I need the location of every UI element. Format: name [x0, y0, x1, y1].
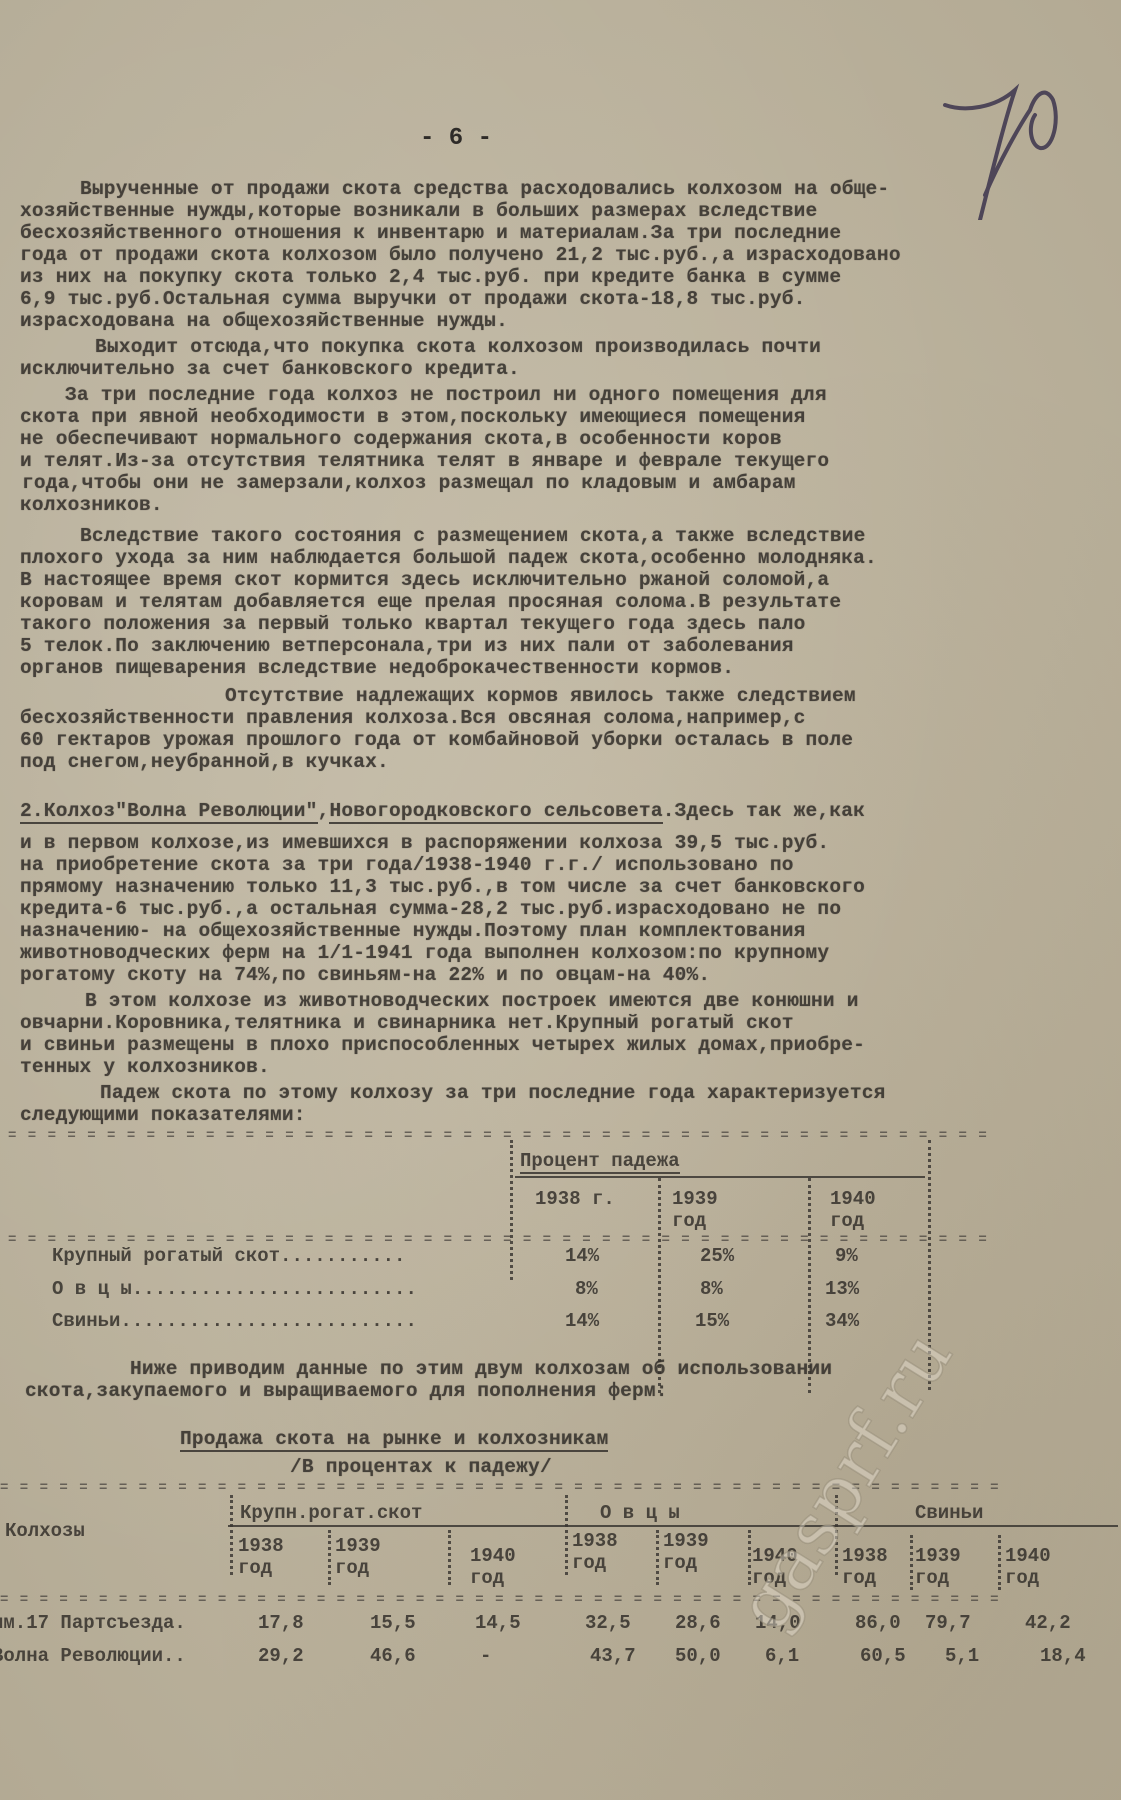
text-line: 6,9 тыс.руб.Остальная сумма выручки от п… [20, 288, 806, 310]
text-line: Вырученные от продажи скота средства рас… [80, 178, 889, 200]
year-header: 1939 год [663, 1530, 709, 1574]
row-label: Волна Революции.. [0, 1645, 186, 1667]
cell-value: 14% [565, 1310, 599, 1332]
cell-value: 14% [565, 1245, 599, 1267]
text-line: хозяйственные нужды,которые возникали в … [20, 200, 817, 222]
heading-selsovet: Новогородковского сельсовета [329, 800, 662, 824]
text-line: скота при явной необходимости в этом,пос… [20, 406, 806, 428]
text-line: В настоящее время скот кормится здесь ис… [20, 569, 829, 591]
heading-kolkhoz-name: 2.Колхоз"Волна Революции" [20, 800, 318, 824]
cell-value: 79,7 [925, 1612, 971, 1634]
text-line: не обеспечивают нормального содержания с… [20, 428, 782, 450]
handwritten-folio-number [935, 80, 1065, 220]
table-border-top: = = = = = = = = = = = = = = = = = = = = … [8, 1128, 988, 1144]
text-line: рогатому скоту на 74%,по свиньям-на 22% … [20, 964, 710, 986]
year-header: 1938 год [572, 1530, 618, 1574]
text-line: из них на покупку скота только 2,4 тыс.р… [20, 266, 841, 288]
cell-value: 32,5 [585, 1612, 631, 1634]
column-separator [510, 1140, 513, 1280]
text-line: года от продажи скота колхозом было полу… [20, 244, 901, 266]
text-line: исключительно за счет банковского кредит… [20, 358, 520, 380]
cell-value: 8% [700, 1278, 723, 1300]
text-line: бесхозяйственного отношения к инвентарю … [20, 222, 841, 244]
header-rule [228, 1525, 1118, 1527]
cell-value: - [480, 1645, 491, 1667]
text-line: органов пищеварения вследствие недоброка… [20, 657, 734, 679]
header-rule [515, 1176, 925, 1178]
cell-value: 15,5 [370, 1612, 416, 1634]
cell-value: 18,4 [1040, 1645, 1086, 1667]
heading-rest: .Здесь так же,как [663, 800, 865, 822]
archival-document-page: - 6 - Вырученные от продажи скота средст… [0, 0, 1121, 1800]
column-separator [998, 1535, 1001, 1590]
column-header: 1940 год [830, 1188, 876, 1232]
sales-table-title: Продажа скота на рынке и колхозникам [180, 1428, 608, 1450]
cell-value: 28,6 [675, 1612, 721, 1634]
cell-value: 34% [825, 1310, 859, 1332]
heading-comma: , [318, 800, 330, 822]
cell-value: 17,8 [258, 1612, 304, 1634]
cell-value: 29,2 [258, 1645, 304, 1667]
text-line: В этом колхозе из животноводческих постр… [85, 990, 859, 1012]
mortality-group-header: Процент падежа [520, 1150, 680, 1172]
text-line: Вследствие такого состояния с размещение… [80, 525, 866, 547]
table-border-mid: = = = = = = = = = = = = = = = = = = = = … [0, 1592, 1000, 1608]
year-header: 1940 год [1005, 1545, 1051, 1589]
row-label: им.17 Партсъезда. [0, 1612, 186, 1634]
cell-value: 43,7 [590, 1645, 636, 1667]
text-line: 5 телок.По заключению ветперсонала,три и… [20, 635, 794, 657]
cell-value: 14,5 [475, 1612, 521, 1634]
text-line: и свиньи размещены в плохо приспособленн… [20, 1034, 865, 1056]
cell-value: 13% [825, 1278, 859, 1300]
cell-value: 42,2 [1025, 1612, 1071, 1634]
cell-value: 9% [835, 1245, 858, 1267]
text-line: прямому назначению только 11,3 тыс.руб.,… [20, 876, 865, 898]
text-line: под снегом,неубранной,в кучках. [20, 751, 389, 773]
text-line: Отсутствие надлежащих кормов явилось так… [225, 685, 856, 707]
text-line: такого положения за первый только кварта… [20, 613, 806, 635]
column-separator [230, 1495, 233, 1575]
cell-value: 60,5 [860, 1645, 906, 1667]
year-header: 1939 год [915, 1545, 961, 1589]
row-label: Свиньи.......................... [52, 1310, 417, 1332]
text-line: За три последние года колхоз не построил… [65, 384, 827, 406]
text-line: Ниже приводим данные по этим двум колхоз… [130, 1358, 832, 1380]
text-line: кредита-6 тыс.руб.,а остальная сумма-28,… [20, 898, 841, 920]
text-line: и в первом колхозе,из имевшихся в распор… [20, 832, 829, 854]
year-header: 1938 год [238, 1535, 284, 1579]
text-line: коровам и телятам добавляется еще прелая… [20, 591, 841, 613]
cell-value: 46,6 [370, 1645, 416, 1667]
column-separator [448, 1530, 451, 1585]
column-separator [910, 1535, 913, 1590]
column-header: 1939 год [672, 1188, 718, 1232]
cell-value: 5,1 [945, 1645, 979, 1667]
text-line: 60 гектаров урожая прошлого года от комб… [20, 729, 853, 751]
cell-value: 15% [695, 1310, 729, 1332]
column-separator [328, 1530, 331, 1585]
section-2-heading: 2.Колхоз"Волна Революции",Новогородковск… [20, 800, 865, 822]
row-label: Крупный рогатый скот........... [52, 1245, 405, 1267]
row-header: Колхозы [5, 1520, 85, 1542]
group-header: Свиньи [915, 1502, 983, 1524]
cell-value: 50,0 [675, 1645, 721, 1667]
text-line: овчарни.Коровника,телятника и свинарника… [20, 1012, 794, 1034]
row-label: О в ц ы......................... [52, 1278, 417, 1300]
text-line: года,чтобы они не замерзали,колхоз разме… [22, 472, 796, 494]
text-line: скота,закупаемого и выращиваемого для по… [25, 1380, 668, 1402]
year-header: 1939 год [335, 1535, 381, 1579]
cell-value: 6,1 [765, 1645, 799, 1667]
column-separator [565, 1495, 568, 1575]
text-line: Выходит отсюда,что покупка скота колхозо… [95, 336, 821, 358]
year-header: 1940 год [470, 1545, 516, 1589]
text-line: на приобретение скота за три года/1938-1… [20, 854, 794, 876]
sales-table-subtitle: /В процентах к падежу/ [290, 1456, 552, 1478]
text-line: животноводческих ферм на 1/1-1941 года в… [20, 942, 829, 964]
group-header: О в ц ы [600, 1502, 680, 1524]
text-line: израсходована на общехозяйственные нужды… [20, 310, 508, 332]
text-line: и телят.Из-за отсутствия телятника телят… [20, 450, 829, 472]
text-line: Падеж скота по этому колхозу за три посл… [100, 1082, 886, 1104]
cell-value: 86,0 [855, 1612, 901, 1634]
text-line: тенных у колхозников. [20, 1056, 270, 1078]
text-line: следующими показателями: [20, 1104, 306, 1126]
cell-value: 25% [700, 1245, 734, 1267]
cell-value: 8% [575, 1278, 598, 1300]
text-line: назначению- на общехозяйственные нужды.П… [20, 920, 806, 942]
text-line: плохого ухода за ним наблюдается большой… [20, 547, 877, 569]
column-header: 1938 г. [535, 1188, 615, 1210]
text-line: бесхозяйственности правления колхоза.Вся… [20, 707, 806, 729]
page-number: - 6 - [420, 125, 492, 152]
column-separator [656, 1530, 659, 1585]
group-header: Крупн.рогат.скот [240, 1502, 422, 1524]
text-line: колхозников. [20, 494, 163, 516]
